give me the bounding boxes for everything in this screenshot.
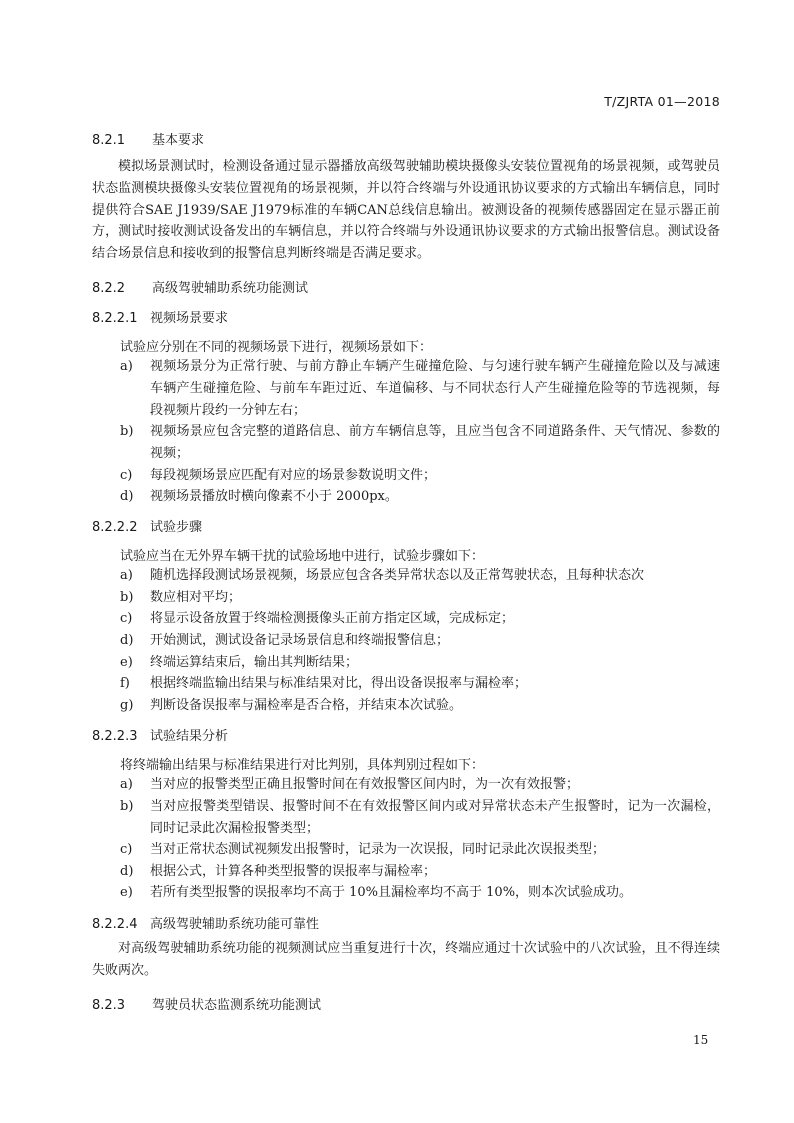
- list-item: b) 视频场景应包含完整的道路信息、前方车辆信息等，且应当包含不同道路条件、天气…: [120, 421, 720, 465]
- list-text: 根据公式，计算各种类型报警的误报率与漏检率；: [150, 861, 720, 883]
- list-text: 开始测试，测试设备记录场景信息和终端报警信息；: [150, 630, 720, 652]
- heading-8-2-1: 8.2.1基本要求: [92, 129, 204, 148]
- list-text: 随机选择段测试场景视频，场景应包含各类异常状态以及正常驾驶状态，且每种状态次: [150, 565, 720, 587]
- list-item: a) 当对应的报警类型正确且报警时间在有效报警区间内时，为一次有效报警；: [120, 774, 720, 796]
- heading-number: 8.2.2.4: [92, 917, 150, 932]
- list-label: e): [120, 652, 148, 674]
- list-label: d): [120, 861, 148, 883]
- heading-number: 8.2.3: [92, 998, 152, 1013]
- heading-title: 高级驾驶辅助系统功能测试: [152, 281, 308, 296]
- document-code: T/ZJRTA 01—2018: [604, 94, 720, 109]
- list-text: 若所有类型报警的误报率均不高于 10%且漏检率均不高于 10%，则本次试验成功。: [150, 882, 720, 904]
- list-text: 数应相对平均；: [150, 587, 720, 609]
- list-item: b) 当对应报警类型错误、报警时间不在有效报警区间内或对异常状态未产生报警时，记…: [120, 796, 720, 840]
- list-label: a): [120, 774, 148, 796]
- list-label: b): [120, 421, 148, 443]
- heading-8-2-2-4: 8.2.2.4高级驾驶辅助系统功能可靠性: [92, 913, 319, 932]
- heading-8-2-2-3: 8.2.2.3试验结果分析: [92, 725, 228, 744]
- intro-video-scenes: 试验应分别在不同的视频场景下进行，视频场景如下：: [120, 336, 432, 355]
- list-label: d): [120, 486, 148, 508]
- list-text: 当对应的报警类型正确且报警时间在有效报警区间内时，为一次有效报警；: [150, 774, 720, 796]
- heading-8-2-3: 8.2.3驾驶员状态监测系统功能测试: [92, 994, 321, 1013]
- list-item: e) 终端运算结束后，输出其判断结果；: [120, 652, 720, 674]
- list-text: 当对应报警类型错误、报警时间不在有效报警区间内或对异常状态未产生报警时，记为一次…: [150, 796, 720, 840]
- heading-title: 驾驶员状态监测系统功能测试: [152, 998, 321, 1013]
- list-label: c): [120, 839, 148, 861]
- list-text: 每段视频场景应匹配有对应的场景参数说明文件；: [150, 465, 720, 487]
- list-item: c) 当对正常状态测试视频发出报警时，记录为一次误报，同时记录此次误报类型；: [120, 839, 720, 861]
- list-label: f): [120, 673, 148, 695]
- list-item: d) 开始测试，测试设备记录场景信息和终端报警信息；: [120, 630, 720, 652]
- list-label: b): [120, 796, 148, 818]
- intro-result-analysis: 将终端输出结果与标准结果进行对比判别，具体判别过程如下：: [120, 754, 484, 773]
- heading-number: 8.2.1: [92, 133, 152, 148]
- heading-number: 8.2.2.2: [92, 520, 150, 535]
- heading-title: 视频场景要求: [150, 311, 228, 326]
- document-page: T/ZJRTA 01—2018 8.2.1基本要求 模拟场景测试时，检测设备通过…: [0, 0, 794, 1123]
- list-item: d) 视频场景播放时横向像素不小于 2000px。: [120, 486, 720, 508]
- list-label: b): [120, 587, 148, 609]
- list-item: c) 每段视频场景应匹配有对应的场景参数说明文件；: [120, 465, 720, 487]
- list-item: c) 将显示设备放置于终端检测摄像头正前方指定区域，完成标定；: [120, 608, 720, 630]
- list-item: f) 根据终端监输出结果与标准结果对比，得出设备误报率与漏检率；: [120, 673, 720, 695]
- list-label: d): [120, 630, 148, 652]
- list-text: 视频场景分为正常行驶、与前方静止车辆产生碰撞危险、与匀速行驶车辆产生碰撞危险以及…: [150, 356, 720, 421]
- list-item: a) 视频场景分为正常行驶、与前方静止车辆产生碰撞危险、与匀速行驶车辆产生碰撞危…: [120, 356, 720, 421]
- heading-number: 8.2.2.3: [92, 729, 150, 744]
- heading-title: 试验结果分析: [150, 729, 228, 744]
- heading-number: 8.2.2.1: [92, 311, 150, 326]
- list-item: d) 根据公式，计算各种类型报警的误报率与漏检率；: [120, 861, 720, 883]
- list-text: 判断设备误报率与漏检率是否合格，并结束本次试验。: [150, 695, 720, 717]
- list-text: 视频场景应包含完整的道路信息、前方车辆信息等，且应当包含不同道路条件、天气情况、…: [150, 421, 720, 465]
- heading-8-2-2: 8.2.2高级驾驶辅助系统功能测试: [92, 277, 308, 296]
- list-item: b) 数应相对平均；: [120, 587, 720, 609]
- list-label: e): [120, 882, 148, 904]
- list-text: 当对正常状态测试视频发出报警时，记录为一次误报，同时记录此次误报类型；: [150, 839, 720, 861]
- list-label: g): [120, 695, 148, 717]
- heading-title: 试验步骤: [150, 520, 202, 535]
- list-text: 将显示设备放置于终端检测摄像头正前方指定区域，完成标定；: [150, 608, 720, 630]
- list-item: e) 若所有类型报警的误报率均不高于 10%且漏检率均不高于 10%，则本次试验…: [120, 882, 720, 904]
- heading-8-2-2-2: 8.2.2.2试验步骤: [92, 516, 202, 535]
- heading-number: 8.2.2: [92, 281, 152, 296]
- page-number: 15: [693, 1033, 708, 1047]
- paragraph-basic-requirements: 模拟场景测试时，检测设备通过显示器播放高级驾驶辅助模块摄像头安装位置视角的场景视…: [92, 156, 720, 265]
- list-text: 终端运算结束后，输出其判断结果；: [150, 652, 720, 674]
- list-text: 根据终端监输出结果与标准结果对比，得出设备误报率与漏检率；: [150, 673, 720, 695]
- list-item: a) 随机选择段测试场景视频，场景应包含各类异常状态以及正常驾驶状态，且每种状态…: [120, 565, 720, 587]
- heading-title: 高级驾驶辅助系统功能可靠性: [150, 917, 319, 932]
- list-label: a): [120, 356, 148, 378]
- list-label: c): [120, 608, 148, 630]
- heading-title: 基本要求: [152, 133, 204, 148]
- paragraph-reliability: 对高级驾驶辅助系统功能的视频测试应当重复进行十次，终端应通过十次试验中的八次试验…: [92, 938, 720, 982]
- list-label: a): [120, 565, 148, 587]
- intro-test-steps: 试验应当在无外界车辆干扰的试验场地中进行，试验步骤如下：: [120, 545, 484, 564]
- heading-8-2-2-1: 8.2.2.1视频场景要求: [92, 307, 228, 326]
- list-text: 视频场景播放时横向像素不小于 2000px。: [150, 486, 720, 508]
- list-item: g) 判断设备误报率与漏检率是否合格，并结束本次试验。: [120, 695, 720, 717]
- list-label: c): [120, 465, 148, 487]
